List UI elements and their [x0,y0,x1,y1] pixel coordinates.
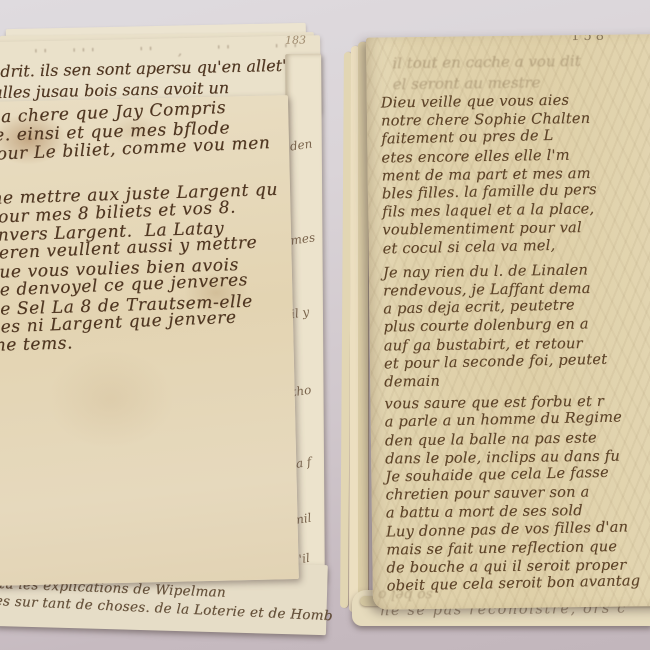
text-fragment: mes [290,230,316,247]
page-number: 183 [285,35,306,47]
letter-text-block: ma chere que Jay Compris se. einsi et qu… [0,95,294,356]
right-manuscript-stack: ne se pas reconoistre, ors c 158 il tout… [330,0,650,650]
handwritten-line: mais se fait une reflection que [386,537,650,559]
handwritten-line: Je nay rien du l. de Linalen [383,260,650,282]
right-top-page: 158 il tout en cache a vou dit el seront… [366,34,650,610]
letter-text-block: Dieu veille que vous aies notre chere So… [366,34,650,596]
handwritten-line: den que la balle na pas este [385,428,650,450]
left-top-page: ma chere que Jay Compris se. einsi et qu… [0,95,299,586]
text-fragment: den [289,136,313,153]
manuscript-photo: '' ''' '' , '' ''' '' odrit. ils sen son… [0,0,650,650]
left-manuscript-stack: '' ''' '' , '' ''' '' odrit. ils sen son… [0,0,340,650]
handwritten-line: demain [384,369,650,391]
handwritten-line: etes encore elles elle l'm [381,145,650,167]
ink-bleed-through: so bel o brouil von med [366,586,433,603]
